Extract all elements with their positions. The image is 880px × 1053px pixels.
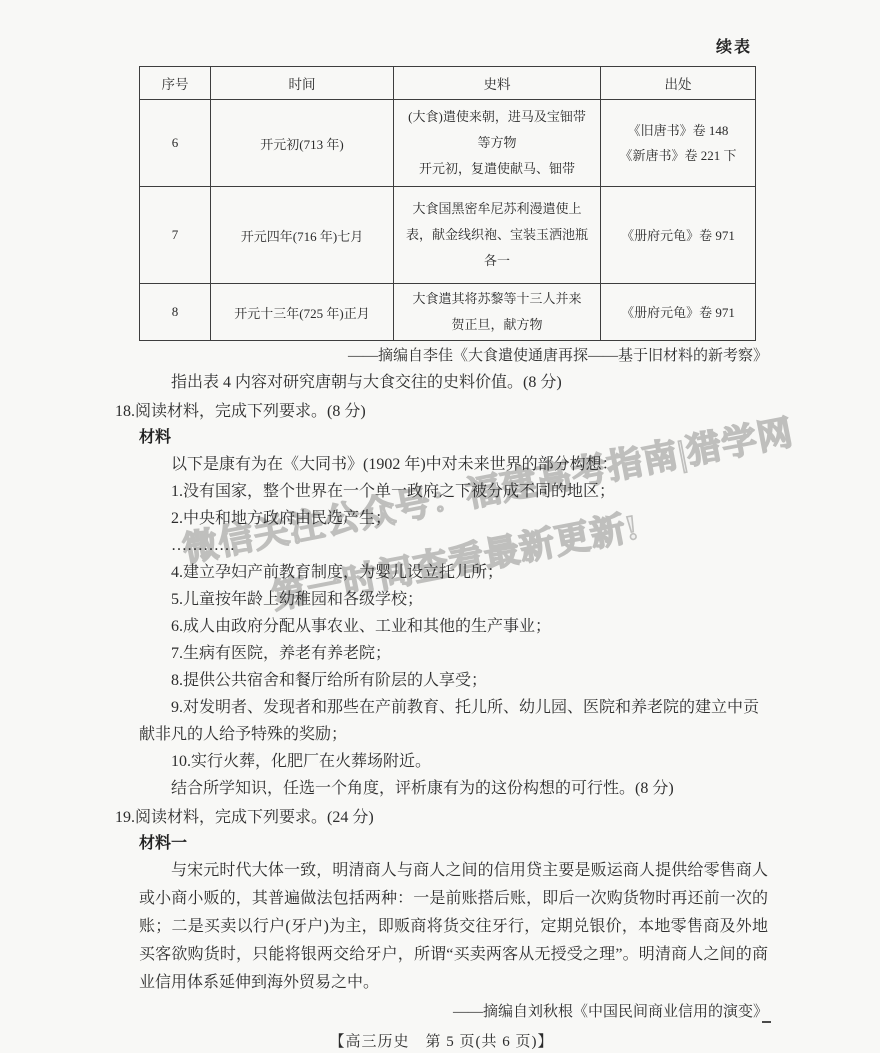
page-footer: 【高三历史 第 5 页(共 6 页)】	[115, 1030, 768, 1051]
cell-time: 开元十三年(725 年)正月	[211, 284, 394, 341]
continued-table-label: 续表	[115, 36, 768, 60]
exam-page: 微信关注公众号：福建高考指南|猎学网 第一时间查看最新更新! 续表 序号 时间 …	[0, 0, 880, 1053]
material-item: 10.实行火葬，化肥厂在火葬场附近。	[139, 748, 768, 775]
question-19-title: 19.阅读材料，完成下列要求。(24 分)	[115, 804, 768, 831]
material-item: 7.生病有医院，养老有养老院；	[139, 640, 768, 667]
material-item: 8.提供公共宿舍和餐厅给所有阶层的人享受；	[139, 667, 768, 694]
table-row: 8 开元十三年(725 年)正月 大食遣其将苏黎等十三人并来 贺正旦，献方物 《…	[140, 284, 756, 341]
question-18-title: 18.阅读材料，完成下列要求。(8 分)	[115, 398, 768, 425]
cell-source: 《旧唐书》卷 148 《新唐书》卷 221 下	[601, 100, 756, 187]
q18-material-block: 以下是康有为在《大同书》(1902 年)中对未来世界的部分构想： 1.没有国家，…	[139, 451, 768, 802]
cell-time: 开元四年(716 年)七月	[211, 187, 394, 284]
q19-attribution: ——摘编自刘秋根《中国民间商业信用的演变》	[115, 1001, 768, 1023]
material-item: 1.没有国家，整个世界在一个单一政府之下被分成不同的地区；	[139, 478, 768, 505]
cell-time: 开元初(713 年)	[211, 100, 394, 187]
source-line: 《新唐书》卷 221 下	[605, 143, 751, 168]
cell-no: 8	[140, 284, 211, 341]
material-line: 开元初，复遣使献马、钿带	[398, 156, 596, 182]
material-line: 各一	[398, 248, 596, 274]
material-item: 5.儿童按年龄上幼稚园和各级学校；	[139, 586, 768, 613]
table-row: 6 开元初(713 年) (大食)遣使来朝，进马及宝钿带 等方物 开元初，复遣使…	[140, 100, 756, 187]
q19-material-one-paragraph: 与宋元时代大体一致，明清商人与商人之间的信用贷主要是贩运商人提供给零售商人或小商…	[139, 857, 768, 997]
source-line: 《册府元龟》卷 971	[605, 300, 751, 325]
material-item: 4.建立孕妇产前教育制度，为婴儿设立托儿所；	[139, 559, 768, 586]
page-content: 续表 序号 时间 史料 出处 6 开元初(713 年) (大食)遣使来朝，进马及…	[115, 36, 768, 1051]
material-item: 6.成人由政府分配从事农业、工业和其他的生产事业；	[139, 613, 768, 640]
material-line: (大食)遣使来朝，进马及宝钿带	[398, 104, 596, 130]
col-header-seq: 序号	[140, 67, 211, 100]
table-row: 7 开元四年(716 年)七月 大食国黑密牟尼苏利漫遣使上 表，献金线织袍、宝装…	[140, 187, 756, 284]
col-header-source: 出处	[601, 67, 756, 100]
col-header-time: 时间	[211, 67, 394, 100]
q18-material-label: 材料	[139, 425, 768, 451]
cell-source: 《册府元龟》卷 971	[601, 284, 756, 341]
question-18-task: 结合所学知识，任选一个角度，评析康有为的这份构想的可行性。(8 分)	[139, 775, 768, 802]
cell-no: 6	[140, 100, 211, 187]
scan-artifact-dash	[762, 1021, 771, 1023]
table-question: 指出表 4 内容对研究唐朝与大食交往的史料价值。(8 分)	[139, 370, 768, 396]
table-attribution: ——摘编自李佳《大食遣使通唐再探——基于旧材料的新考察》	[115, 345, 768, 367]
material-item: 2.中央和地方政府由民选产生；	[139, 505, 768, 532]
col-header-material: 史料	[394, 67, 601, 100]
material-line: 大食遣其将苏黎等十三人并来	[398, 286, 596, 312]
source-line: 《旧唐书》卷 148	[605, 118, 751, 143]
cell-material: 大食国黑密牟尼苏利漫遣使上 表，献金线织袍、宝装玉洒池瓶 各一	[394, 187, 601, 284]
material-item-ellipsis: …………	[139, 532, 768, 559]
q18-material-intro: 以下是康有为在《大同书》(1902 年)中对未来世界的部分构想：	[139, 451, 768, 478]
historical-sources-table: 序号 时间 史料 出处 6 开元初(713 年) (大食)遣使来朝，进马及宝钿带…	[139, 66, 756, 341]
material-line: 贺正旦，献方物	[398, 312, 596, 338]
material-line: 等方物	[398, 130, 596, 156]
material-line: 表，献金线织袍、宝装玉洒池瓶	[398, 222, 596, 248]
material-line: 大食国黑密牟尼苏利漫遣使上	[398, 196, 596, 222]
source-line: 《册府元龟》卷 971	[605, 223, 751, 248]
cell-material: (大食)遣使来朝，进马及宝钿带 等方物 开元初，复遣使献马、钿带	[394, 100, 601, 187]
material-item: 9.对发明者、发现者和那些在产前教育、托儿所、幼儿园、医院和养老院的建立中贡献非…	[139, 694, 768, 748]
q19-material-one-label: 材料一	[139, 831, 768, 857]
cell-no: 7	[140, 187, 211, 284]
cell-source: 《册府元龟》卷 971	[601, 187, 756, 284]
table-header-row: 序号 时间 史料 出处	[140, 67, 756, 100]
cell-material: 大食遣其将苏黎等十三人并来 贺正旦，献方物	[394, 284, 601, 341]
